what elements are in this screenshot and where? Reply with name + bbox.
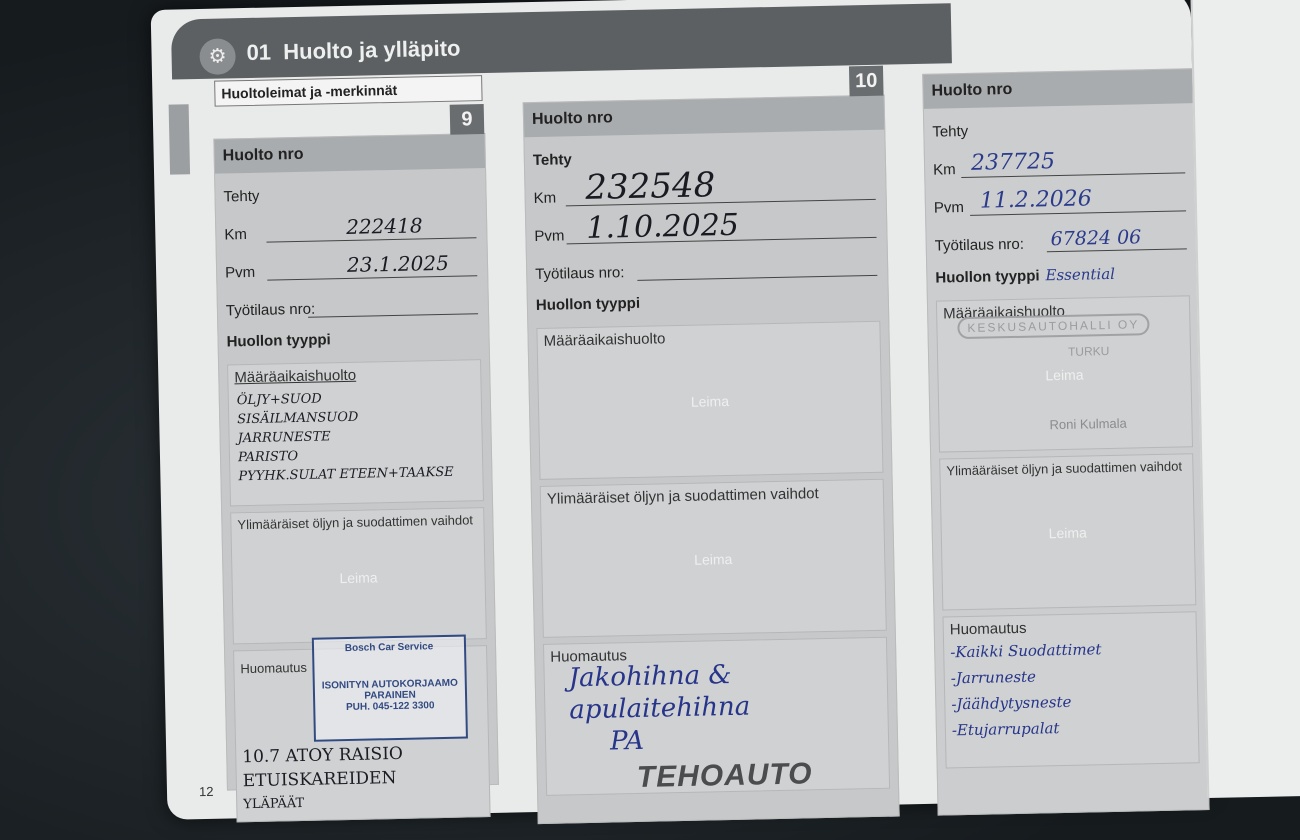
page-number: 12 xyxy=(199,784,214,799)
work-order-label: Työtilaus nro: xyxy=(226,301,316,320)
stamp-placeholder: Leima xyxy=(942,522,1194,543)
km-value: 232548 xyxy=(585,165,716,208)
stamp-placeholder: Leima xyxy=(539,389,881,412)
service-type-value: Essential xyxy=(1045,265,1115,284)
extra-box: Ylimääräiset öljyn ja suodattimen vaihdo… xyxy=(939,453,1196,610)
pvm-label: Pvm xyxy=(534,227,564,245)
work-order-row: Työtilaus nro: xyxy=(217,282,488,326)
scheduled-box: MääräaikaishuoltoLeima xyxy=(536,321,883,480)
pvm-label: Pvm xyxy=(225,264,255,282)
km-row: Km237725 xyxy=(925,141,1196,185)
next-page-edge xyxy=(1191,0,1300,798)
section-subtitle: Huoltoleimat ja -merkinnät xyxy=(214,75,482,107)
stamp-person: Roni Kulmala xyxy=(1049,416,1127,433)
scheduled-label: Määräaikaishuolto xyxy=(543,330,665,350)
stamp-placeholder: Leima xyxy=(938,364,1190,385)
scheduled-box: Määräaikaishuolto KESKUSAUTOHALLI OY TUR… xyxy=(936,295,1193,452)
km-value: 237725 xyxy=(971,149,1055,176)
date-value: 1.10.2025 xyxy=(586,208,739,246)
remarks-text: -Kaikki Suodattimet-Jarruneste-Jäähdytys… xyxy=(950,636,1103,743)
tehty-row: Tehty xyxy=(924,103,1195,147)
service-type: Huollon tyyppiEssential xyxy=(927,255,1198,295)
km-label: Km xyxy=(224,226,247,243)
service-booklet: ⚙ 01 Huolto ja ylläpito Huoltoleimat ja … xyxy=(150,0,1300,840)
card-number: 9 xyxy=(450,104,485,135)
km-label: Km xyxy=(933,161,956,178)
work-order-value: 67824 06 xyxy=(1050,226,1141,250)
card-number: 10 xyxy=(849,66,884,97)
tehty-label: Tehty xyxy=(932,123,968,141)
stamp-placeholder: Leima xyxy=(542,547,884,570)
service-card-9: 9 Huolto nro Tehty Km222418 Pvm23.1.2025… xyxy=(213,133,499,791)
tehty-label: Tehty xyxy=(533,151,572,169)
stamp-city: TURKU xyxy=(1068,344,1110,359)
remarks-box: Huomautus Jakohihna &apulaitehihnaPA TEH… xyxy=(543,637,890,796)
km-value: 222418 xyxy=(346,213,423,239)
km-label: Km xyxy=(533,190,556,207)
pvm-row: Pvm11.2.2026 xyxy=(925,179,1196,223)
card-heading: Huolto nro xyxy=(214,134,485,174)
work-order-label: Työtilaus nro: xyxy=(535,264,625,283)
side-tab xyxy=(169,104,190,174)
scheduled-box: Määräaikaishuolto ÖLJY+SUODSISÄILMANSUOD… xyxy=(227,359,484,506)
service-card-10: 10 Huolto nro Tehty Km232548 Pvm1.10.202… xyxy=(523,95,900,824)
pvm-row: Pvm23.1.2025 xyxy=(217,244,488,288)
remarks-label: Huomautus xyxy=(240,660,307,676)
tehoauto-stamp: TEHOAUTO xyxy=(636,757,812,795)
extra-label: Ylimääräiset öljyn ja suodattimen vaihdo… xyxy=(237,512,473,532)
extra-label: Ylimääräiset öljyn ja suodattimen vaihdo… xyxy=(946,458,1182,478)
remarks-text: 10.7 ATOY RAISIOETUISKAREIDENYLÄPÄÄT xyxy=(242,742,404,817)
chapter-title: 01 Huolto ja ylläpito xyxy=(246,36,460,66)
work-order-label: Työtilaus nro: xyxy=(935,236,1025,255)
date-value: 23.1.2025 xyxy=(347,251,449,277)
bosch-stamp: Bosch Car ServiceISONITYN AUTOKORJAAMOPA… xyxy=(312,635,468,742)
date-value: 11.2.2026 xyxy=(980,186,1092,213)
extra-box: Ylimääräiset öljyn ja suodattimen vaihdo… xyxy=(230,507,487,644)
wrench-icon: ⚙ xyxy=(199,38,236,75)
work-order-row: Työtilaus nro: xyxy=(527,244,888,290)
remarks-text: Jakohihna &apulaitehihnaPA xyxy=(568,659,751,759)
km-row: Km222418 xyxy=(216,206,487,250)
tehty-row: Tehty xyxy=(215,168,486,212)
stamp-placeholder: Leima xyxy=(232,567,484,588)
remarks-label: Huomautus xyxy=(950,620,1027,639)
keskusautohalli-stamp: KESKUSAUTOHALLI OY xyxy=(957,313,1149,339)
card-heading: Huolto nro xyxy=(923,69,1194,109)
chapter-header: ⚙ 01 Huolto ja ylläpito xyxy=(171,3,952,79)
extra-label: Ylimääräiset öljyn ja suodattimen vaihdo… xyxy=(547,485,819,508)
booklet-page: ⚙ 01 Huolto ja ylläpito Huoltoleimat ja … xyxy=(151,0,1208,820)
tehty-label: Tehty xyxy=(223,188,259,206)
work-order-row: Työtilaus nro:67824 06 xyxy=(926,217,1197,261)
remarks-box: Huomautus Bosch Car ServiceISONITYN AUTO… xyxy=(233,645,491,822)
scheduled-notes: ÖLJY+SUODSISÄILMANSUODJARRUNESTEPARISTOP… xyxy=(237,387,454,486)
scheduled-label: Määräaikaishuolto xyxy=(234,367,356,387)
remarks-box: Huomautus -Kaikki Suodattimet-Jarruneste… xyxy=(943,611,1200,768)
extra-box: Ylimääräiset öljyn ja suodattimen vaihdo… xyxy=(540,479,887,638)
pvm-label: Pvm xyxy=(934,199,964,217)
service-type: Huollon tyyppi xyxy=(218,320,489,359)
service-card-11: Huolto nro Tehty Km237725 Pvm11.2.2026 T… xyxy=(922,68,1209,816)
